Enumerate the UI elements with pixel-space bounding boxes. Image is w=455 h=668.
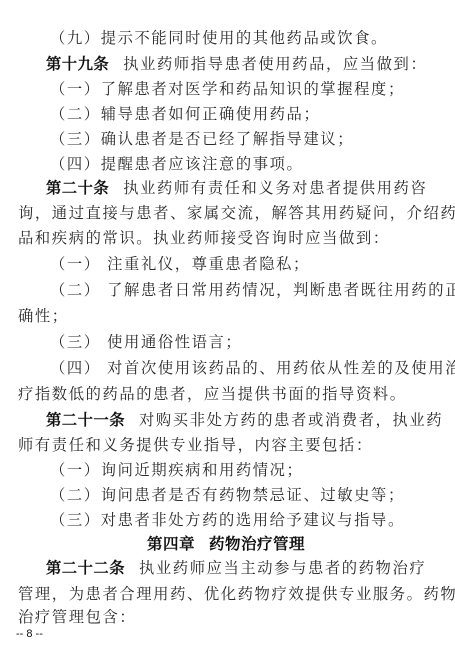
- item-text: （四）提醒患者应该注意的事项。: [50, 155, 303, 173]
- list-item: （一）询问近期疾病和用药情况；: [50, 460, 303, 480]
- paragraph-line: 品和疾病的常识。执业药师接受咨询时应当做到：: [18, 228, 390, 248]
- item-text: （三）对患者非处方药的选用给予建议与指导。: [50, 511, 405, 529]
- article-text: 对购买非处方药的患者或消费者，执业药: [139, 411, 443, 429]
- article-heading: 第二十一条: [46, 411, 125, 429]
- paragraph-line: 师有责任和义务提供专业指导，内容主要包括：: [18, 435, 373, 455]
- item-text: （二） 了解患者日常用药情况，判断患者既往用药的正: [50, 281, 455, 299]
- item-text: （一）询问近期疾病和用药情况；: [50, 461, 303, 479]
- paragraph-line: 询，通过直接与患者、家属交流，解答其用药疑问，介绍药: [18, 203, 455, 223]
- paragraph-line: 管理，为患者合理用药、优化药物疗效提供专业服务。药物: [18, 584, 455, 604]
- article-20: 第二十条执业药师有责任和义务对患者提供用药咨: [46, 178, 427, 198]
- chapter-heading: 第四章药物治疗管理: [147, 532, 305, 554]
- list-item: （一）了解患者对医学和药品知识的掌握程度；: [50, 79, 405, 99]
- line-text: 管理，为患者合理用药、优化药物疗效提供专业服务。药物: [18, 585, 455, 603]
- article-text: 执业药师指导患者使用药品，应当做到：: [123, 55, 427, 73]
- item-text: （二）辅导患者如何正确使用药品；: [50, 105, 320, 123]
- item-text: （一） 注重礼仪，尊重患者隐私；: [50, 255, 310, 273]
- article-21: 第二十一条对购买非处方药的患者或消费者，执业药: [46, 410, 443, 430]
- chapter-number: 第四章: [147, 535, 195, 553]
- list-item: （三）对患者非处方药的选用给予建议与指导。: [50, 510, 405, 530]
- article-heading: 第十九条: [46, 55, 109, 73]
- line-text: 品和疾病的常识。执业药师接受咨询时应当做到：: [18, 229, 390, 247]
- item-text: （三） 使用通俗性语言；: [50, 333, 242, 351]
- article-text: 执业药师应当主动参与患者的药物治疗: [139, 559, 426, 577]
- article-heading: 第二十条: [46, 179, 109, 197]
- list-item: （一） 注重礼仪，尊重患者隐私；: [50, 254, 310, 274]
- line-text: 询，通过直接与患者、家属交流，解答其用药疑问，介绍药: [18, 204, 455, 222]
- item-text: （一）了解患者对医学和药品知识的掌握程度；: [50, 80, 405, 98]
- line-text: 治疗管理包含：: [18, 608, 136, 626]
- page-number: -- 8 --: [16, 628, 43, 640]
- list-item: （二）询问患者是否有药物禁忌证、过敏史等；: [50, 485, 405, 505]
- list-item: （四）提醒患者应该注意的事项。: [50, 154, 303, 174]
- line-text: 师有责任和义务提供专业指导，内容主要包括：: [18, 436, 373, 454]
- item-text: （四） 对首次使用该药品的、用药依从性差的及使用治: [50, 359, 455, 377]
- line-text: 疗指数低的药品的患者，应当提供书面的指导资料。: [18, 385, 407, 403]
- article-19: 第十九条执业药师指导患者使用药品，应当做到：: [46, 54, 427, 74]
- paragraph-line: 疗指数低的药品的患者，应当提供书面的指导资料。: [18, 384, 407, 404]
- list-item: （二） 了解患者日常用药情况，判断患者既往用药的正: [50, 280, 455, 300]
- item-text: （九）提示不能同时使用的其他药品或饮食。: [50, 29, 388, 47]
- chapter-title: 药物治疗管理: [209, 535, 305, 553]
- paragraph-line: 确性；: [18, 306, 69, 326]
- article-text: 执业药师有责任和义务对患者提供用药咨: [123, 179, 427, 197]
- item-text: （三）确认患者是否已经了解指导建议；: [50, 130, 354, 148]
- paragraph-line: 治疗管理包含：: [18, 607, 136, 627]
- item-9: （九）提示不能同时使用的其他药品或饮食。: [50, 28, 388, 48]
- list-item: （二）辅导患者如何正确使用药品；: [50, 104, 320, 124]
- list-item: （三） 使用通俗性语言；: [50, 332, 242, 352]
- article-22: 第二十二条执业药师应当主动参与患者的药物治疗: [46, 558, 426, 578]
- line-text: 确性；: [18, 307, 69, 325]
- list-item: （四） 对首次使用该药品的、用药依从性差的及使用治: [50, 358, 455, 378]
- article-heading: 第二十二条: [46, 559, 125, 577]
- list-item: （三）确认患者是否已经了解指导建议；: [50, 129, 354, 149]
- item-text: （二）询问患者是否有药物禁忌证、过敏史等；: [50, 486, 405, 504]
